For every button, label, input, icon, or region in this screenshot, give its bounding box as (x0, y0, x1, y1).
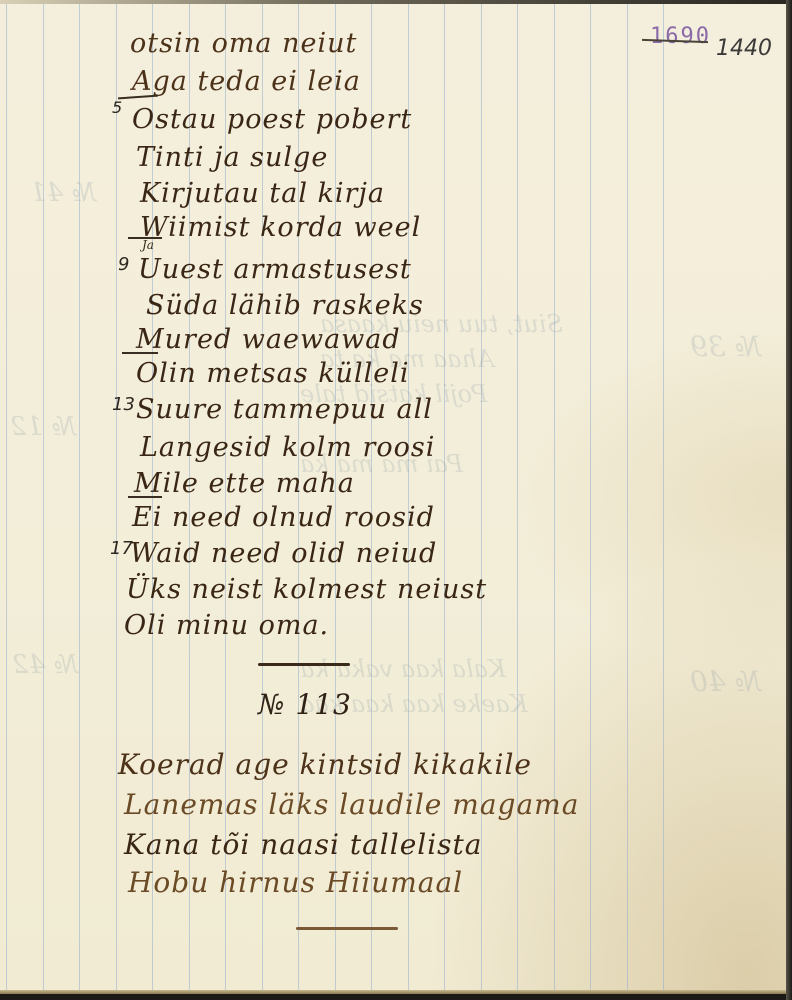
bleed-through-mark: № 39 (690, 330, 761, 363)
poem-line: Wiimist korda weel (140, 212, 421, 243)
end-divider (296, 927, 398, 930)
margin-mark (128, 496, 162, 498)
poem-line: Süda lähib raskeks (146, 290, 424, 321)
poem-line: Lanemas läks laudile magama (124, 788, 579, 821)
poem-heading: № 113 (258, 688, 352, 721)
poem-line: Olin metsas külleli (136, 358, 409, 389)
margin-line-number: 13 (112, 394, 135, 415)
ruled-line (590, 4, 591, 992)
ruled-line (43, 4, 44, 992)
bleed-through-mark: № 42 (12, 650, 78, 680)
old-number-stamp: 1690 (650, 24, 711, 49)
poem-line: Uuest armastusest (138, 254, 412, 285)
poem-line: Kirjutau tal kirja (140, 178, 385, 209)
page-top-edge (0, 0, 786, 4)
ruled-line (116, 4, 117, 992)
poem-line: Ostau poest pobert (132, 104, 412, 135)
bleed-through-mark: № 41 (30, 178, 96, 208)
margin-mark (122, 352, 158, 354)
bleed-through-mark: № 40 (690, 665, 761, 698)
ruled-line (517, 4, 518, 992)
page-bottom-edge (0, 990, 786, 994)
poem-line: Koerad age kintsid kikakile (118, 748, 532, 781)
poem-line: Mured waewawad (136, 324, 401, 355)
ruled-line (79, 4, 80, 992)
poem-line: Tinti ja sulge (136, 142, 328, 173)
poem-line: Üks neist kolmest neiust (126, 574, 487, 605)
ruled-line (663, 4, 664, 992)
poem-line: otsin oma neiut (130, 28, 357, 59)
inserted-word: Ja (142, 238, 154, 252)
poem-line: Langesid kolm roosi (140, 432, 435, 463)
manuscript-page: № 41 № 12 № 39 № 40 № 42 Siut, tuu neiu … (0, 0, 786, 994)
poem-line: Ei need olnud roosid (132, 502, 435, 533)
page-right-edge (786, 0, 792, 1000)
archive-number: 1440 (716, 36, 772, 61)
ruled-line (6, 4, 7, 992)
poem-line: Mile ette maha (134, 468, 355, 499)
poem-line: Hobu hirnus Hiiumaal (128, 866, 463, 899)
bleed-through-text: Kala kaa vaka ka (300, 655, 506, 683)
poem-line: Kana tõi naasi tallelista (124, 828, 483, 861)
poem-line: Oli minu oma. (124, 610, 329, 641)
ruled-line (627, 4, 628, 992)
poem-line: Waid need olid neiud (130, 538, 437, 569)
poem-line: Aga teda ei leia (132, 66, 361, 97)
margin-line-number: 5 (112, 98, 122, 117)
section-divider (258, 663, 350, 666)
ruled-line (554, 4, 555, 992)
margin-line-number: 9 (118, 254, 129, 275)
poem-line: Suure tammepuu all (136, 394, 433, 425)
